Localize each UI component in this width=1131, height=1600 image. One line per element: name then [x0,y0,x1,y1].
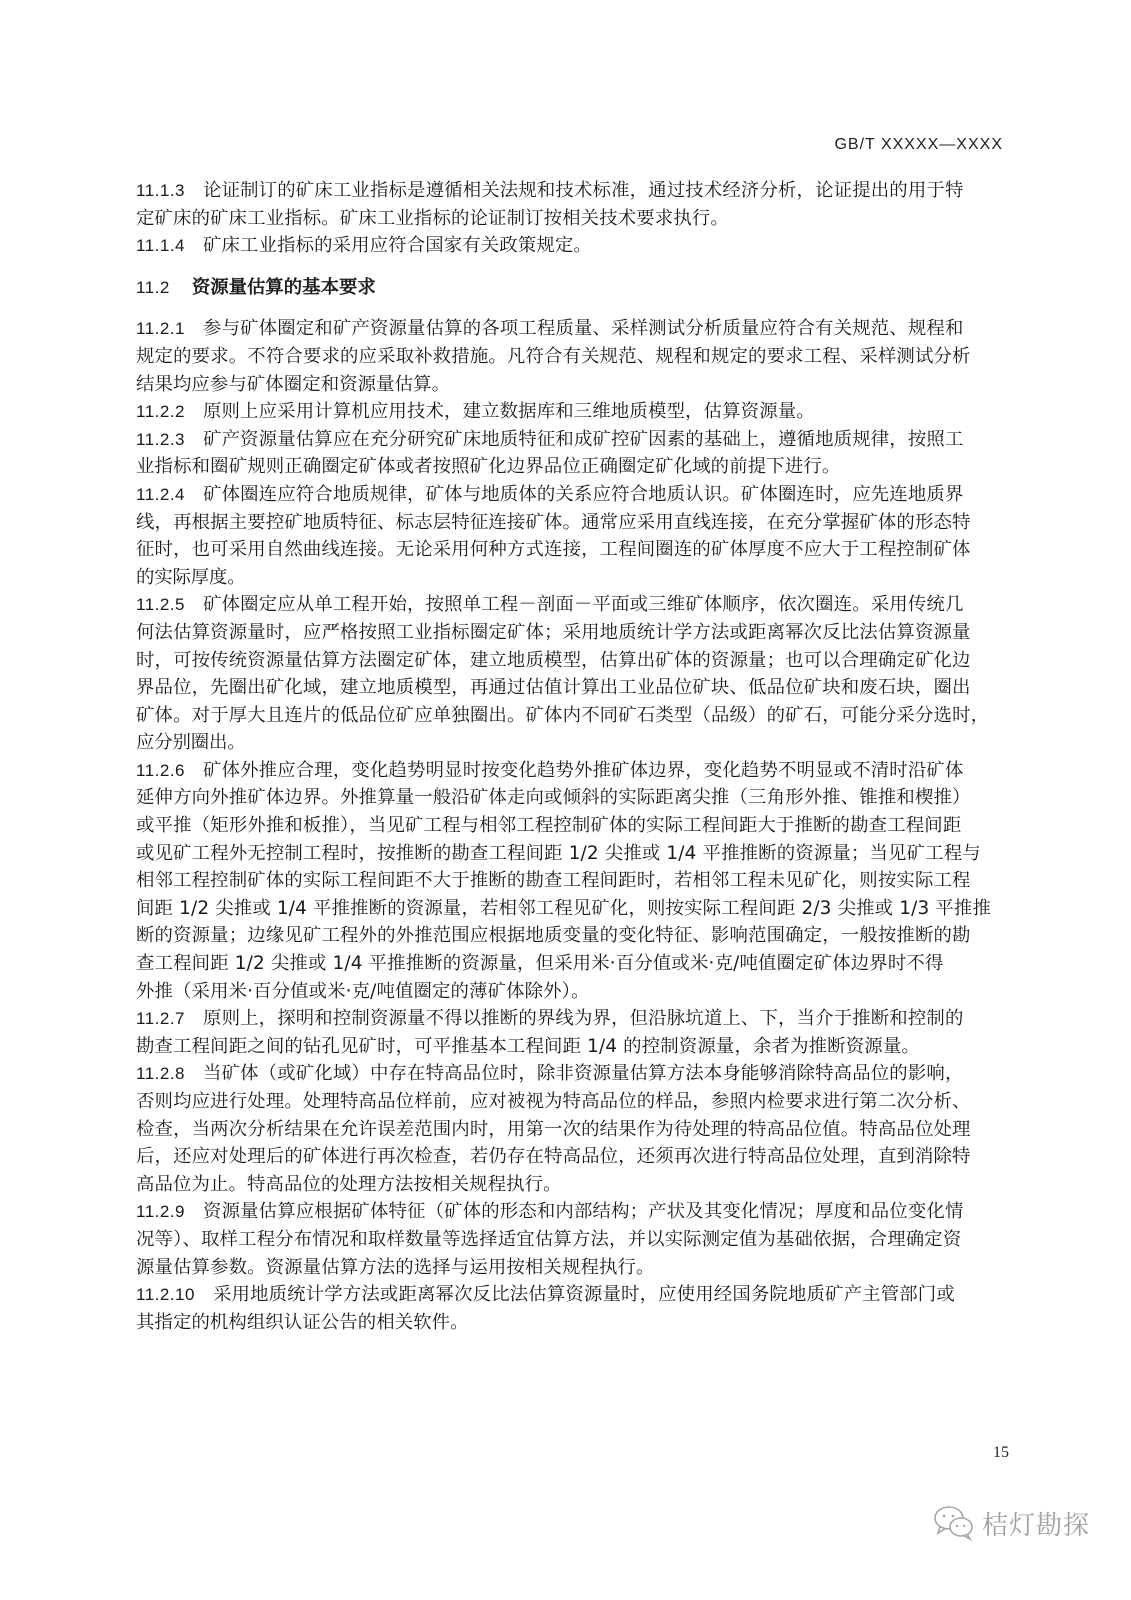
clause-text: 其指定的机构组织认证公告的相关软件。 [136,1312,469,1333]
clause-number: 11.2.3 [136,430,185,449]
clause-text: 业指标和圈矿规则正确圈定矿体或者按照矿化边界品位正确圈定矿化域的前提下进行。 [136,456,840,477]
clause-text: 时，可按传统资源量估算方法圈定矿体，建立地质模型，估算出矿体的资源量；也可以合理… [136,650,971,671]
clause-group-11-1: 11.1.3论证制订的矿床工业指标是遵循相关法规和技术标准，通过技术经济分析，论… [136,177,1006,260]
clause-number: 11.2.6 [136,761,185,780]
text-line: 源量估算参数。资源量估算方法的选择与运用按相关规程执行。 [136,1254,1006,1282]
clause-text: 结果均应参与矿体圈定和资源量估算。 [136,374,450,395]
text-line: 界品位，先圈出矿化域，建立地质模型，再通过估值计算出工业品位矿块、低品位矿块和废… [136,674,1006,702]
text-line: 检查，当两次分析结果在允许误差范围内时，用第一次的结果作为待处理的特高品位值。特… [136,1116,1006,1144]
clause-11-2-4: 11.2.4矿体圈连应符合地质规律，矿体与地质体的关系应符合地质认识。矿体圈连时… [136,481,1006,591]
wechat-icon [932,1503,976,1543]
clause-11-2-2: 11.2.2原则上应采用计算机应用技术，建立数据库和三维地质模型，估算资源量。 [136,398,1006,426]
text-line: 否则均应进行处理。处理特高品位样前，应对被视为特高品位的样品，参照内检要求进行第… [136,1088,1006,1116]
clause-number: 11.1.4 [136,236,185,255]
clause-text: 当矿体（或矿化域）中存在特高品位时，除非资源量估算方法本身能够消除特高品位的影响… [203,1063,963,1084]
clause-text: 资源量估算应根据矿体特征（矿体的形态和内部结构；产状及其变化情况；厚度和品位变化… [203,1201,963,1222]
text-line: 时，可按传统资源量估算方法圈定矿体，建立地质模型，估算出矿体的资源量；也可以合理… [136,647,1006,675]
clause-11-2-1: 11.2.1参与矿体圈定和矿产资源量估算的各项工程质量、采样测试分析质量应符合有… [136,315,1006,398]
text-line: 后，还应对处理后的矿体进行再次检查，若仍存在特高品位，还须再次进行特高品位处理，… [136,1143,1006,1171]
text-line: 或见矿工程外无控制工程时，按推断的勘查工程间距 1/2 尖推或 1/4 平推推断… [136,840,1006,868]
text-line: 11.2.4矿体圈连应符合地质规律，矿体与地质体的关系应符合地质认识。矿体圈连时… [136,481,1006,509]
text-line: 征时，也可采用自然曲线连接。无论采用何种方式连接，工程间圈连的矿体厚度不应大于工… [136,536,1006,564]
clause-number: 11.2.8 [136,1064,185,1083]
watermark: 桔灯勘探 [932,1503,1090,1543]
clause-11-1-3: 11.1.3论证制订的矿床工业指标是遵循相关法规和技术标准，通过技术经济分析，论… [136,177,1006,232]
clause-11-2-10: 11.2.10采用地质统计学方法或距离幂次反比法估算资源量时，应使用经国务院地质… [136,1281,1006,1336]
text-line: 外推（采用米·百分值或米·克/吨值圈定的薄矿体除外）。 [136,978,1006,1006]
clause-number: 11.1.3 [136,181,185,200]
clause-text: 矿体圈定应从单工程开始，按照单工程－剖面－平面或三维矿体顺序，依次圈连。采用传统… [203,594,963,615]
clause-text: 应分别圈出。 [136,732,246,753]
text-line: 况等）、取样工程分布情况和取样数量等选择适宜估算方法，并以实际测定值为基础依据，… [136,1226,1006,1254]
clause-text: 矿体圈连应符合地质规律，矿体与地质体的关系应符合地质认识。矿体圈连时，应先连地质… [203,484,963,505]
text-line: 11.2.9资源量估算应根据矿体特征（矿体的形态和内部结构；产状及其变化情况；厚… [136,1198,1006,1226]
document-body: 11.1.3论证制订的矿床工业指标是遵循相关法规和技术标准，通过技术经济分析，论… [136,177,1006,1336]
clause-text: 原则上应采用计算机应用技术，建立数据库和三维地质模型，估算资源量。 [203,401,815,422]
text-line: 相邻工程控制矿体的实际工程间距不大于推断的勘查工程间距时，若相邻工程未见矿化，则… [136,867,1006,895]
clause-text: 征时，也可采用自然曲线连接。无论采用何种方式连接，工程间圈连的矿体厚度不应大于工… [136,539,971,560]
clause-11-1-4: 11.1.4矿床工业指标的采用应符合国家有关政策规定。 [136,232,1006,260]
section-heading: 11.2资源量估算的基本要求 [136,274,1006,302]
text-line: 定矿床的矿床工业指标。矿床工业指标的论证制订按相关技术要求执行。 [136,205,1006,233]
standard-code-header: GB/T XXXXX—XXXX [834,136,1003,154]
text-line: 11.2.6矿体外推应合理，变化趋势明显时按变化趋势外推矿体边界，变化趋势不明显… [136,757,1006,785]
clause-text: 或见矿工程外无控制工程时，按推断的勘查工程间距 1/2 尖推或 1/4 平推推断… [136,843,981,864]
clause-text: 后，还应对处理后的矿体进行再次检查，若仍存在特高品位，还须再次进行特高品位处理，… [136,1146,971,1167]
text-line: 业指标和圈矿规则正确圈定矿体或者按照矿化边界品位正确圈定矿化域的前提下进行。 [136,453,1006,481]
clause-number: 11.2.7 [136,1009,185,1028]
clause-number: 11.2.10 [136,1285,195,1304]
text-line: 结果均应参与矿体圈定和资源量估算。 [136,371,1006,399]
clause-text: 间距 1/2 尖推或 1/4 平推推断的资源量，若相邻工程见矿化，则按实际工程间… [136,898,991,919]
section-title: 资源量估算的基本要求 [192,277,376,298]
clause-number: 11.2.1 [136,319,185,338]
text-line: 勘查工程间距之间的钻孔见矿时，可平推基本工程间距 1/4 的控制资源量，余者为推… [136,1033,1006,1061]
clause-text: 断的资源量；边缘见矿工程外的外推范围应根据地质变量的变化特征、影响范围确定，一般… [136,925,971,946]
page-number: 15 [993,1444,1009,1462]
clause-11-2-7: 11.2.7原则上，探明和控制资源量不得以推断的界线为界，但沿脉坑道上、下，当介… [136,1005,1006,1060]
clause-text: 界品位，先圈出矿化域，建立地质模型，再通过估值计算出工业品位矿块、低品位矿块和废… [136,677,971,698]
clause-text: 查工程间距 1/2 尖推或 1/4 平推推断的资源量，但采用米·百分值或米·克/… [136,953,944,974]
clause-text: 高品位为止。特高品位的处理方法按相关规程执行。 [136,1174,562,1195]
clause-text: 延伸方向外推矿体边界。外推算量一般沿矿体走向或倾斜的实际距离尖推（三角形外推、锥… [136,787,971,808]
text-line: 其指定的机构组织认证公告的相关软件。 [136,1309,1006,1337]
text-line: 或平推（矩形外推和板推），当见矿工程与相邻工程控制矿体的实际工程间距大于推断的勘… [136,812,1006,840]
clause-text: 矿体。对于厚大且连片的低品位矿应单独圈出。矿体内不同矿石类型（品级）的矿石，可能… [136,705,989,726]
clause-11-2-3: 11.2.3矿产资源量估算应在充分研究矿床地质特征和成矿控矿因素的基础上，遵循地… [136,426,1006,481]
clause-text: 的实际厚度。 [136,567,246,588]
clause-text: 线，再根据主要控矿地质特征、标志层特征连接矿体。通常应采用直线连接，在充分掌握矿… [136,512,971,533]
clause-number: 11.2.2 [136,402,185,421]
clause-text: 论证制订的矿床工业指标是遵循相关法规和技术标准，通过技术经济分析，论证提出的用于… [203,180,963,201]
clause-text: 检查，当两次分析结果在允许误差范围内时，用第一次的结果作为待处理的特高品位值。特… [136,1119,971,1140]
text-line: 查工程间距 1/2 尖推或 1/4 平推推断的资源量，但采用米·百分值或米·克/… [136,950,1006,978]
clause-text: 参与矿体圈定和矿产资源量估算的各项工程质量、采样测试分析质量应符合有关规范、规程… [203,318,963,339]
text-line: 11.1.4矿床工业指标的采用应符合国家有关政策规定。 [136,232,1006,260]
text-line: 11.2.5矿体圈定应从单工程开始，按照单工程－剖面－平面或三维矿体顺序，依次圈… [136,591,1006,619]
text-line: 11.2.2原则上应采用计算机应用技术，建立数据库和三维地质模型，估算资源量。 [136,398,1006,426]
clause-11-2-9: 11.2.9资源量估算应根据矿体特征（矿体的形态和内部结构；产状及其变化情况；厚… [136,1198,1006,1281]
text-line: 11.2.8当矿体（或矿化域）中存在特高品位时，除非资源量估算方法本身能够消除特… [136,1060,1006,1088]
clause-text: 定矿床的矿床工业指标。矿床工业指标的论证制订按相关技术要求执行。 [136,208,729,229]
clause-text: 外推（采用米·百分值或米·克/吨值圈定的薄矿体除外）。 [136,981,589,1002]
clause-text: 原则上，探明和控制资源量不得以推断的界线为界，但沿脉坑道上、下，当介于推断和控制… [203,1008,963,1029]
text-line: 11.2.10采用地质统计学方法或距离幂次反比法估算资源量时，应使用经国务院地质… [136,1281,1006,1309]
text-line: 11.1.3论证制订的矿床工业指标是遵循相关法规和技术标准，通过技术经济分析，论… [136,177,1006,205]
clause-text: 何法估算资源量时，应严格按照工业指标圈定矿体；采用地质统计学方法或距离幂次反比法… [136,622,971,643]
text-line: 11.2.7原则上，探明和控制资源量不得以推断的界线为界，但沿脉坑道上、下，当介… [136,1005,1006,1033]
text-line: 线，再根据主要控矿地质特征、标志层特征连接矿体。通常应采用直线连接，在充分掌握矿… [136,509,1006,537]
text-line: 规定的要求。不符合要求的应采取补救措施。凡符合有关规范、规程和规定的要求工程、采… [136,343,1006,371]
clause-text: 勘查工程间距之间的钻孔见矿时，可平推基本工程间距 1/4 的控制资源量，余者为推… [136,1036,920,1057]
clause-11-2-8: 11.2.8当矿体（或矿化域）中存在特高品位时，除非资源量估算方法本身能够消除特… [136,1060,1006,1198]
clause-text: 况等）、取样工程分布情况和取样数量等选择适宜估算方法，并以实际测定值为基础依据，… [136,1229,961,1250]
clause-text: 相邻工程控制矿体的实际工程间距不大于推断的勘查工程间距时，若相邻工程未见矿化，则… [136,870,971,891]
text-line: 断的资源量；边缘见矿工程外的外推范围应根据地质变量的变化特征、影响范围确定，一般… [136,922,1006,950]
clause-text: 否则均应进行处理。处理特高品位样前，应对被视为特高品位的样品，参照内检要求进行第… [136,1091,971,1112]
clause-11-2-5: 11.2.5矿体圈定应从单工程开始，按照单工程－剖面－平面或三维矿体顺序，依次圈… [136,591,1006,757]
clause-text: 采用地质统计学方法或距离幂次反比法估算资源量时，应使用经国务院地质矿产主管部门或 [213,1284,955,1305]
clause-text: 源量估算参数。资源量估算方法的选择与运用按相关规程执行。 [136,1257,655,1278]
text-line: 11.2.1参与矿体圈定和矿产资源量估算的各项工程质量、采样测试分析质量应符合有… [136,315,1006,343]
text-line: 应分别圈出。 [136,729,1006,757]
text-line: 间距 1/2 尖推或 1/4 平推推断的资源量，若相邻工程见矿化，则按实际工程间… [136,895,1006,923]
clause-11-2-6: 11.2.6矿体外推应合理，变化趋势明显时按变化趋势外推矿体边界，变化趋势不明显… [136,757,1006,1005]
clause-text: 或平推（矩形外推和板推），当见矿工程与相邻工程控制矿体的实际工程间距大于推断的勘… [136,815,961,836]
clause-text: 矿床工业指标的采用应符合国家有关政策规定。 [203,235,592,256]
clause-text: 矿体外推应合理，变化趋势明显时按变化趋势外推矿体边界，变化趋势不明显或不清时沿矿… [203,760,963,781]
text-line: 高品位为止。特高品位的处理方法按相关规程执行。 [136,1171,1006,1199]
text-line: 的实际厚度。 [136,564,1006,592]
clause-text: 矿产资源量估算应在充分研究矿床地质特征和成矿控矿因素的基础上，遵循地质规律，按照… [203,429,963,450]
text-line: 11.2.3矿产资源量估算应在充分研究矿床地质特征和成矿控矿因素的基础上，遵循地… [136,426,1006,454]
section-number: 11.2 [136,278,170,297]
text-line: 延伸方向外推矿体边界。外推算量一般沿矿体走向或倾斜的实际距离尖推（三角形外推、锥… [136,784,1006,812]
clause-group-11-2: 11.2.1参与矿体圈定和矿产资源量估算的各项工程质量、采样测试分析质量应符合有… [136,315,1006,1336]
text-line: 矿体。对于厚大且连片的低品位矿应单独圈出。矿体内不同矿石类型（品级）的矿石，可能… [136,702,1006,730]
watermark-text: 桔灯勘探 [982,1505,1090,1542]
text-line: 何法估算资源量时，应严格按照工业指标圈定矿体；采用地质统计学方法或距离幂次反比法… [136,619,1006,647]
clause-number: 11.2.5 [136,595,185,614]
clause-text: 规定的要求。不符合要求的应采取补救措施。凡符合有关规范、规程和规定的要求工程、采… [136,346,971,367]
clause-number: 11.2.9 [136,1202,185,1221]
clause-number: 11.2.4 [136,485,185,504]
